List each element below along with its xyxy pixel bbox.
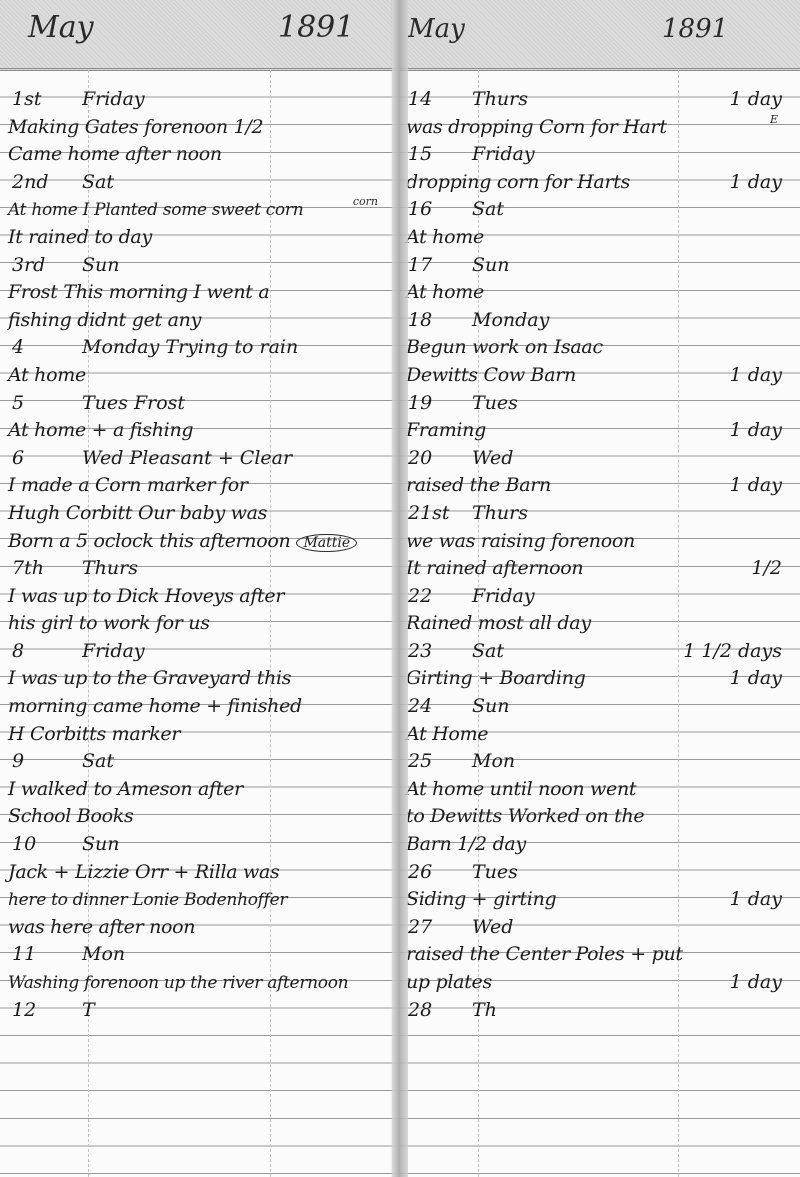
entry-text: I made a Corn marker for <box>0 474 248 496</box>
entry-weekday: Sun <box>82 252 120 280</box>
entry-text: It rained afternoon <box>400 557 583 579</box>
diary-text-line: At home + a fishing <box>0 417 400 445</box>
entry-text: I was up to Dick Hoveys after <box>0 585 284 607</box>
entry-date: 8 <box>0 638 82 666</box>
entry-weekday: Tues <box>472 390 518 418</box>
entry-date: 7th <box>0 555 82 583</box>
diary-text-line: Begun work on Isaac <box>400 334 800 362</box>
diary-text-line: Jack + Lizzie Orr + Rilla was <box>0 859 400 887</box>
entry-weekday: Sun <box>472 252 510 280</box>
diary-text-line: Came home after noon <box>0 141 400 169</box>
entry-weekday: Thurs <box>82 555 138 583</box>
diary-text-line: we was raising forenoon <box>400 528 800 556</box>
entry-date: 4 <box>0 334 82 362</box>
entry-weekday: Mon <box>82 941 125 969</box>
entry-date: 16 <box>400 196 472 224</box>
diary-text-line: dropping corn for Harts1 day <box>400 169 800 197</box>
diary-text-line: I was up to the Graveyard this <box>0 665 400 693</box>
date-entry-line: 8Friday <box>0 638 400 666</box>
entry-weekday: Tues <box>472 859 518 887</box>
entry-date: 6 <box>0 445 82 473</box>
entry-text: Making Gates forenoon 1/2 <box>0 116 263 138</box>
diary-text-line: to Dewitts Worked on the <box>400 803 800 831</box>
work-days-note: 1 1/2 days <box>683 638 782 666</box>
entry-text: At home I Planted some sweet corn <box>0 200 303 220</box>
diary-text-line: here to dinner Lonie Bodenhoffer <box>0 886 400 914</box>
entry-text: At Home <box>400 723 488 745</box>
diary-text-line: Frost This morning I went a <box>0 279 400 307</box>
diary-text-line: I was up to Dick Hoveys after <box>0 583 400 611</box>
diary-text-line: Siding + girting1 day <box>400 886 800 914</box>
entry-text: to Dewitts Worked on the <box>400 805 644 827</box>
entry-date: 9 <box>0 748 82 776</box>
diary-text-line: I made a Corn marker for <box>0 472 400 500</box>
entry-date: 17 <box>400 252 472 280</box>
work-days-note: 1 day <box>730 169 782 197</box>
date-entry-line: 2ndSat <box>0 169 400 197</box>
date-entry-line: 19Tues <box>400 390 800 418</box>
entry-text: fishing didnt get any <box>0 309 201 331</box>
diary-text-line: H Corbitts marker <box>0 721 400 749</box>
entry-text: morning came home + finished <box>0 695 302 717</box>
entry-date: 19 <box>400 390 472 418</box>
entry-text: Begun work on Isaac <box>400 336 603 358</box>
entry-text: up plates <box>400 971 492 993</box>
left-header-month: May <box>28 10 94 45</box>
diary-text-line: Born a 5 oclock this afternoonMattie <box>0 528 400 556</box>
entry-weekday: Friday <box>472 583 535 611</box>
date-entry-line: 16Sat <box>400 196 800 224</box>
right-header-month: May <box>408 14 465 44</box>
entry-weekday: Friday <box>82 86 145 114</box>
entry-weekday: T <box>82 997 95 1025</box>
date-entry-line: 28Th <box>400 997 800 1025</box>
date-entry-line: 21stThurs <box>400 500 800 528</box>
diary-text-line: Barn 1/2 day <box>400 831 800 859</box>
entry-date: 5 <box>0 390 82 418</box>
left-entries: 1stFridayMaking Gates forenoon 1/2Came h… <box>0 86 400 1024</box>
right-page: May 1891 14Thurs1 daywas dropping Corn f… <box>400 0 800 1177</box>
date-entry-line: 12T <box>0 997 400 1025</box>
entry-date: 11 <box>0 941 82 969</box>
date-entry-line: 14Thurs1 day <box>400 86 800 114</box>
diary-text-line: Dewitts Cow Barn1 day <box>400 362 800 390</box>
entry-text: his girl to work for us <box>0 612 210 634</box>
entry-text: At home <box>400 281 484 303</box>
book-gutter <box>392 0 408 1177</box>
date-entry-line: 4Monday Trying to rain <box>0 334 400 362</box>
entry-text: was dropping Corn for Hart <box>400 116 667 138</box>
entry-weekday: Sat <box>472 638 504 666</box>
diary-text-line: up plates1 day <box>400 969 800 997</box>
diary-text-line: At home <box>400 279 800 307</box>
date-entry-line: 24Sun <box>400 693 800 721</box>
entry-text: Dewitts Cow Barn <box>400 364 576 386</box>
date-entry-line: 23Sat1 1/2 days <box>400 638 800 666</box>
circled-name: Mattie <box>296 534 357 552</box>
entry-date: 25 <box>400 748 472 776</box>
date-entry-line: 7thThurs <box>0 555 400 583</box>
date-entry-line: 9Sat <box>0 748 400 776</box>
entry-text: raised the Center Poles + put <box>400 943 683 965</box>
date-entry-line: 1stFriday <box>0 86 400 114</box>
entry-text: Rained most all day <box>400 612 591 634</box>
work-days-note: 1 day <box>730 886 782 914</box>
diary-text-line: was here after noon <box>0 914 400 942</box>
entry-weekday: Sat <box>82 748 114 776</box>
margin-annotation: E <box>770 114 778 134</box>
entry-text: we was raising forenoon <box>400 530 635 552</box>
entry-date: 28 <box>400 997 472 1025</box>
date-entry-line: 3rdSun <box>0 252 400 280</box>
entry-date: 3rd <box>0 252 82 280</box>
entry-date: 2nd <box>0 169 82 197</box>
diary-text-line: At home <box>0 362 400 390</box>
entry-text: Born a 5 oclock this afternoon <box>0 530 290 552</box>
entry-date: 18 <box>400 307 472 335</box>
entry-text: At home <box>0 364 86 386</box>
work-days-note: 1 day <box>730 86 782 114</box>
work-days-note: 1 day <box>730 362 782 390</box>
diary-text-line: raised the Center Poles + put <box>400 941 800 969</box>
entry-date: 12 <box>0 997 82 1025</box>
entry-text: Frost This morning I went a <box>0 281 269 303</box>
date-entry-line: 22Friday <box>400 583 800 611</box>
date-entry-line: 18Monday <box>400 307 800 335</box>
diary-text-line: Rained most all day <box>400 610 800 638</box>
date-entry-line: 6Wed Pleasant + Clear <box>0 445 400 473</box>
date-entry-line: 11Mon <box>0 941 400 969</box>
entry-weekday: Tues Frost <box>82 390 185 418</box>
diary-text-line: At home I Planted some sweet corncorn <box>0 196 400 224</box>
entry-weekday: Monday Trying to rain <box>82 334 298 362</box>
entry-date: 20 <box>400 445 472 473</box>
entry-text: Framing <box>400 419 486 441</box>
entry-date: 26 <box>400 859 472 887</box>
entry-text: Hugh Corbitt Our baby was <box>0 502 267 524</box>
entry-weekday: Mon <box>472 748 515 776</box>
entry-text: Siding + girting <box>400 888 556 910</box>
entry-date: 1st <box>0 86 82 114</box>
entry-date: 21st <box>400 500 472 528</box>
work-days-note: 1 day <box>730 472 782 500</box>
entry-date: 24 <box>400 693 472 721</box>
right-page-header: May 1891 <box>400 0 800 71</box>
entry-weekday: Thurs <box>472 500 528 528</box>
entry-weekday: Thurs <box>472 86 528 114</box>
entry-weekday: Sat <box>472 196 504 224</box>
entry-weekday: Friday <box>82 638 145 666</box>
diary-text-line: his girl to work for us <box>0 610 400 638</box>
date-entry-line: 17Sun <box>400 252 800 280</box>
work-days-note: 1/2 <box>751 555 782 583</box>
date-entry-line: 27Wed <box>400 914 800 942</box>
entry-text: Washing forenoon up the river afternoon <box>0 973 348 993</box>
right-entries: 14Thurs1 daywas dropping Corn for HartE1… <box>400 86 800 1024</box>
work-days-note: 1 day <box>730 417 782 445</box>
diary-text-line: At home <box>400 224 800 252</box>
entry-text: It rained to day <box>0 226 152 248</box>
entry-text: At home until noon went <box>400 778 636 800</box>
diary-text-line: was dropping Corn for HartE <box>400 114 800 142</box>
diary-text-line: School Books <box>0 803 400 831</box>
entry-weekday: Wed Pleasant + Clear <box>82 445 292 473</box>
date-entry-line: 10Sun <box>0 831 400 859</box>
entry-weekday: Monday <box>472 307 549 335</box>
date-entry-line: 15Friday <box>400 141 800 169</box>
entry-text: was here after noon <box>0 916 195 938</box>
entry-text: I walked to Ameson after <box>0 778 243 800</box>
entry-text: Barn 1/2 day <box>400 833 526 855</box>
entry-date: 10 <box>0 831 82 859</box>
diary-text-line: Hugh Corbitt Our baby was <box>0 500 400 528</box>
date-entry-line: 25Mon <box>400 748 800 776</box>
entry-text: H Corbitts marker <box>0 723 180 745</box>
left-header-year: 1891 <box>278 10 354 45</box>
entry-text: Girting + Boarding <box>400 667 586 689</box>
entry-date: 23 <box>400 638 472 666</box>
entry-date: 14 <box>400 86 472 114</box>
entry-text: At home + a fishing <box>0 419 193 441</box>
margin-annotation: corn <box>353 196 378 216</box>
diary-text-line: morning came home + finished <box>0 693 400 721</box>
entry-weekday: Wed <box>472 914 513 942</box>
left-page-header: May 1891 <box>0 0 400 71</box>
entry-date: 15 <box>400 141 472 169</box>
entry-text: dropping corn for Harts <box>400 171 630 193</box>
entry-text: here to dinner Lonie Bodenhoffer <box>0 890 287 910</box>
diary-text-line: It rained to day <box>0 224 400 252</box>
entry-text: raised the Barn <box>400 474 551 496</box>
diary-text-line: At Home <box>400 721 800 749</box>
right-header-year: 1891 <box>662 14 728 44</box>
entry-date: 27 <box>400 914 472 942</box>
entry-weekday: Sat <box>82 169 114 197</box>
diary-spread: May 1891 1stFridayMaking Gates forenoon … <box>0 0 800 1177</box>
diary-text-line: Girting + Boarding1 day <box>400 665 800 693</box>
date-entry-line: 5Tues Frost <box>0 390 400 418</box>
entry-weekday: Th <box>472 997 497 1025</box>
entry-text: At home <box>400 226 484 248</box>
entry-text: I was up to the Graveyard this <box>0 667 291 689</box>
entry-weekday: Sun <box>82 831 120 859</box>
entry-text: Came home after noon <box>0 143 222 165</box>
entry-weekday: Sun <box>472 693 510 721</box>
entry-text: Jack + Lizzie Orr + Rilla was <box>0 861 279 883</box>
entry-weekday: Wed <box>472 445 513 473</box>
diary-text-line: It rained afternoon1/2 <box>400 555 800 583</box>
work-days-note: 1 day <box>730 665 782 693</box>
diary-text-line: Framing1 day <box>400 417 800 445</box>
entry-text: School Books <box>0 805 133 827</box>
diary-text-line: Making Gates forenoon 1/2 <box>0 114 400 142</box>
diary-text-line: fishing didnt get any <box>0 307 400 335</box>
entry-weekday: Friday <box>472 141 535 169</box>
diary-text-line: At home until noon went <box>400 776 800 804</box>
diary-text-line: Washing forenoon up the river afternoon <box>0 969 400 997</box>
date-entry-line: 26Tues <box>400 859 800 887</box>
entry-date: 22 <box>400 583 472 611</box>
left-page: May 1891 1stFridayMaking Gates forenoon … <box>0 0 400 1177</box>
diary-text-line: I walked to Ameson after <box>0 776 400 804</box>
date-entry-line: 20Wed <box>400 445 800 473</box>
work-days-note: 1 day <box>730 969 782 997</box>
diary-text-line: raised the Barn1 day <box>400 472 800 500</box>
